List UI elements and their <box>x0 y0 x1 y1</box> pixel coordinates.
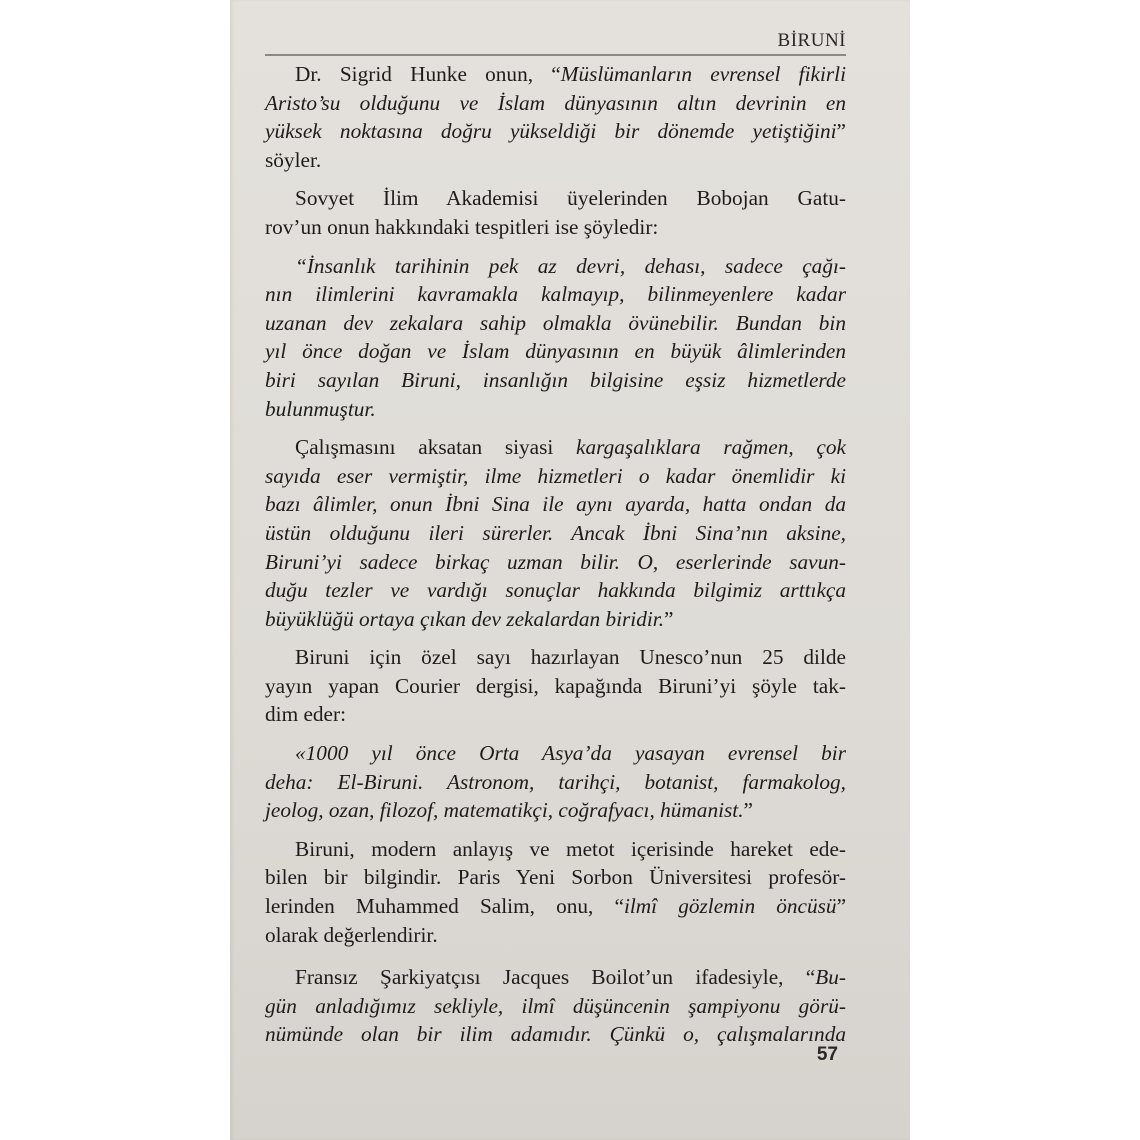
text-line: lerinden Muhammed Salim, onu, “ilmî gözl… <box>265 892 846 921</box>
text-line: duğu tezler ve vardığı sonuçlar hakkında… <box>265 576 846 605</box>
text: dim eder: <box>265 702 346 726</box>
italic-text: duğu tezler ve vardığı sonuçlar hakkında… <box>265 578 846 602</box>
text: ” <box>664 607 673 631</box>
italic-text: deha: El-Biruni. Astronom, tarihçi, bota… <box>265 770 846 794</box>
text-line: büyüklüğü ortaya çıkan dev zekalardan bi… <box>265 605 846 634</box>
italic-text: üstün olduğunu ileri sürerler. Ancak İbn… <box>265 521 846 545</box>
text-line: uzanan dev zekalara sahip olmakla övüneb… <box>265 309 846 338</box>
italic-text: «1000 yıl önce Orta Asya’da yasayan evre… <box>295 741 846 765</box>
text: rov’un onun hakkındaki tespitleri ise şö… <box>265 215 658 239</box>
text-line: sayıda eser vermiştir, ilme hizmetleri o… <box>265 462 846 491</box>
text-line: yüksek noktasına doğru yükseldiği bir dö… <box>265 117 846 146</box>
text-line: Biruni, modern anlayış ve metot içerisin… <box>265 835 846 864</box>
text: Sovyet İlim Akademisi üyelerinden Boboja… <box>295 186 846 210</box>
text: Dr. Sigrid Hunke onun, “ <box>295 62 561 86</box>
text: Biruni, modern anlayış ve metot içerisin… <box>295 837 846 861</box>
italic-text: kargaşalıklara rağmen, çok <box>576 435 846 459</box>
text-line: deha: El-Biruni. Astronom, tarihçi, bota… <box>265 768 846 797</box>
italic-text: Müslümanların evrensel fikirli <box>561 62 846 86</box>
paragraph: Biruni, modern anlayış ve metot içerisin… <box>265 835 846 949</box>
text: ” <box>744 798 753 822</box>
text-line: Sovyet İlim Akademisi üyelerinden Boboja… <box>265 184 846 213</box>
text-line: yayın yapan Courier dergisi, kapağında B… <box>265 672 846 701</box>
text: söyler. <box>265 148 321 172</box>
italic-text: bulunmuştur. <box>265 397 376 421</box>
text-line: nümünde olan bir ilim adamıdır. Çünkü o,… <box>265 1020 846 1049</box>
text-line: jeolog, ozan, filozof, matematikçi, coğr… <box>265 796 846 825</box>
italic-text: uzanan dev zekalara sahip olmakla övüneb… <box>265 311 846 335</box>
paragraph: Sovyet İlim Akademisi üyelerinden Boboja… <box>265 184 846 241</box>
text-line: söyler. <box>265 146 846 175</box>
text-line: Dr. Sigrid Hunke onun, “Müslümanların ev… <box>265 60 846 89</box>
italic-text: Aristo’su olduğunu ve İslam dünyasının a… <box>265 91 846 115</box>
italic-text: ilmî gözlemin öncüsü <box>624 894 837 918</box>
paragraph: Biruni için özel sayı hazırlayan Unesco’… <box>265 643 846 729</box>
body-text: Dr. Sigrid Hunke onun, “Müslümanların ev… <box>265 60 846 1059</box>
text-line: üstün olduğunu ileri sürerler. Ancak İbn… <box>265 519 846 548</box>
text: yayın yapan Courier dergisi, kapağında B… <box>265 674 846 698</box>
text-line: gün anladığımız sekliyle, ilmî düşünceni… <box>265 992 846 1021</box>
italic-text: nın ilimlerini kavramakla kalmayıp, bili… <box>265 282 846 306</box>
text-line: olarak değerlendirir. <box>265 921 846 950</box>
italic-text: “İnsanlık tarihinin pek az devri, dehası… <box>295 254 846 278</box>
text-line: «1000 yıl önce Orta Asya’da yasayan evre… <box>265 739 846 768</box>
text: ” <box>837 894 846 918</box>
paragraph: “İnsanlık tarihinin pek az devri, dehası… <box>265 252 846 424</box>
text-line: yıl önce doğan ve İslam dünyasının en bü… <box>265 337 846 366</box>
text: lerinden Muhammed Salim, onu, “ <box>265 894 624 918</box>
italic-text: yıl önce doğan ve İslam dünyasının en bü… <box>265 339 846 363</box>
italic-text: gün anladığımız sekliyle, ilmî düşünceni… <box>265 994 846 1018</box>
text: Biruni için özel sayı hazırlayan Unesco’… <box>295 645 846 669</box>
italic-text: yüksek noktasına doğru yükseldiği bir dö… <box>265 119 837 143</box>
text: olarak değerlendirir. <box>265 923 438 947</box>
italic-text: Bu- <box>815 965 846 989</box>
text-line: rov’un onun hakkındaki tespitleri ise şö… <box>265 213 846 242</box>
text: Fransız Şarkiyatçısı Jacques Boilot’un i… <box>295 965 815 989</box>
text-line: bilen bir bilgindir. Paris Yeni Sorbon Ü… <box>265 863 846 892</box>
text-line: Biruni için özel sayı hazırlayan Unesco’… <box>265 643 846 672</box>
text-line: bazı âlimler, onun İbni Sina ile aynı ay… <box>265 490 846 519</box>
running-head: BİRUNİ <box>265 28 846 56</box>
paragraph: Dr. Sigrid Hunke onun, “Müslümanların ev… <box>265 60 846 174</box>
text: bilen bir bilgindir. Paris Yeni Sorbon Ü… <box>265 865 846 889</box>
italic-text: büyüklüğü ortaya çıkan dev zekalardan bi… <box>265 607 664 631</box>
text-line: bulunmuştur. <box>265 395 846 424</box>
italic-text: Biruni’yi sadece birkaç uzman bilir. O, … <box>265 550 846 574</box>
text-line: biri sayılan Biruni, insanlığın bilgisin… <box>265 366 846 395</box>
paragraph: Fransız Şarkiyatçısı Jacques Boilot’un i… <box>265 963 846 1049</box>
italic-text: sayıda eser vermiştir, ilme hizmetleri o… <box>265 464 846 488</box>
text-line: Fransız Şarkiyatçısı Jacques Boilot’un i… <box>265 963 846 992</box>
paragraph: Çalışmasını aksatan siyasi kargaşalıklar… <box>265 433 846 633</box>
text-line: Çalışmasını aksatan siyasi kargaşalıklar… <box>265 433 846 462</box>
italic-text: bazı âlimler, onun İbni Sina ile aynı ay… <box>265 492 846 516</box>
text-line: Aristo’su olduğunu ve İslam dünyasının a… <box>265 89 846 118</box>
italic-text: biri sayılan Biruni, insanlığın bilgisin… <box>265 368 846 392</box>
text-line: Biruni’yi sadece birkaç uzman bilir. O, … <box>265 548 846 577</box>
book-page: BİRUNİ Dr. Sigrid Hunke onun, “Müslümanl… <box>230 0 910 1140</box>
text: Çalışmasını aksatan siyasi <box>295 435 576 459</box>
text-line: nın ilimlerini kavramakla kalmayıp, bili… <box>265 280 846 309</box>
paragraph: «1000 yıl önce Orta Asya’da yasayan evre… <box>265 739 846 825</box>
italic-text: jeolog, ozan, filozof, matematikçi, coğr… <box>265 798 744 822</box>
text-line: “İnsanlık tarihinin pek az devri, dehası… <box>265 252 846 281</box>
text: ” <box>837 119 846 143</box>
page-number: 57 <box>817 1044 838 1066</box>
text-line: dim eder: <box>265 700 846 729</box>
italic-text: nümünde olan bir ilim adamıdır. Çünkü o,… <box>265 1022 846 1046</box>
